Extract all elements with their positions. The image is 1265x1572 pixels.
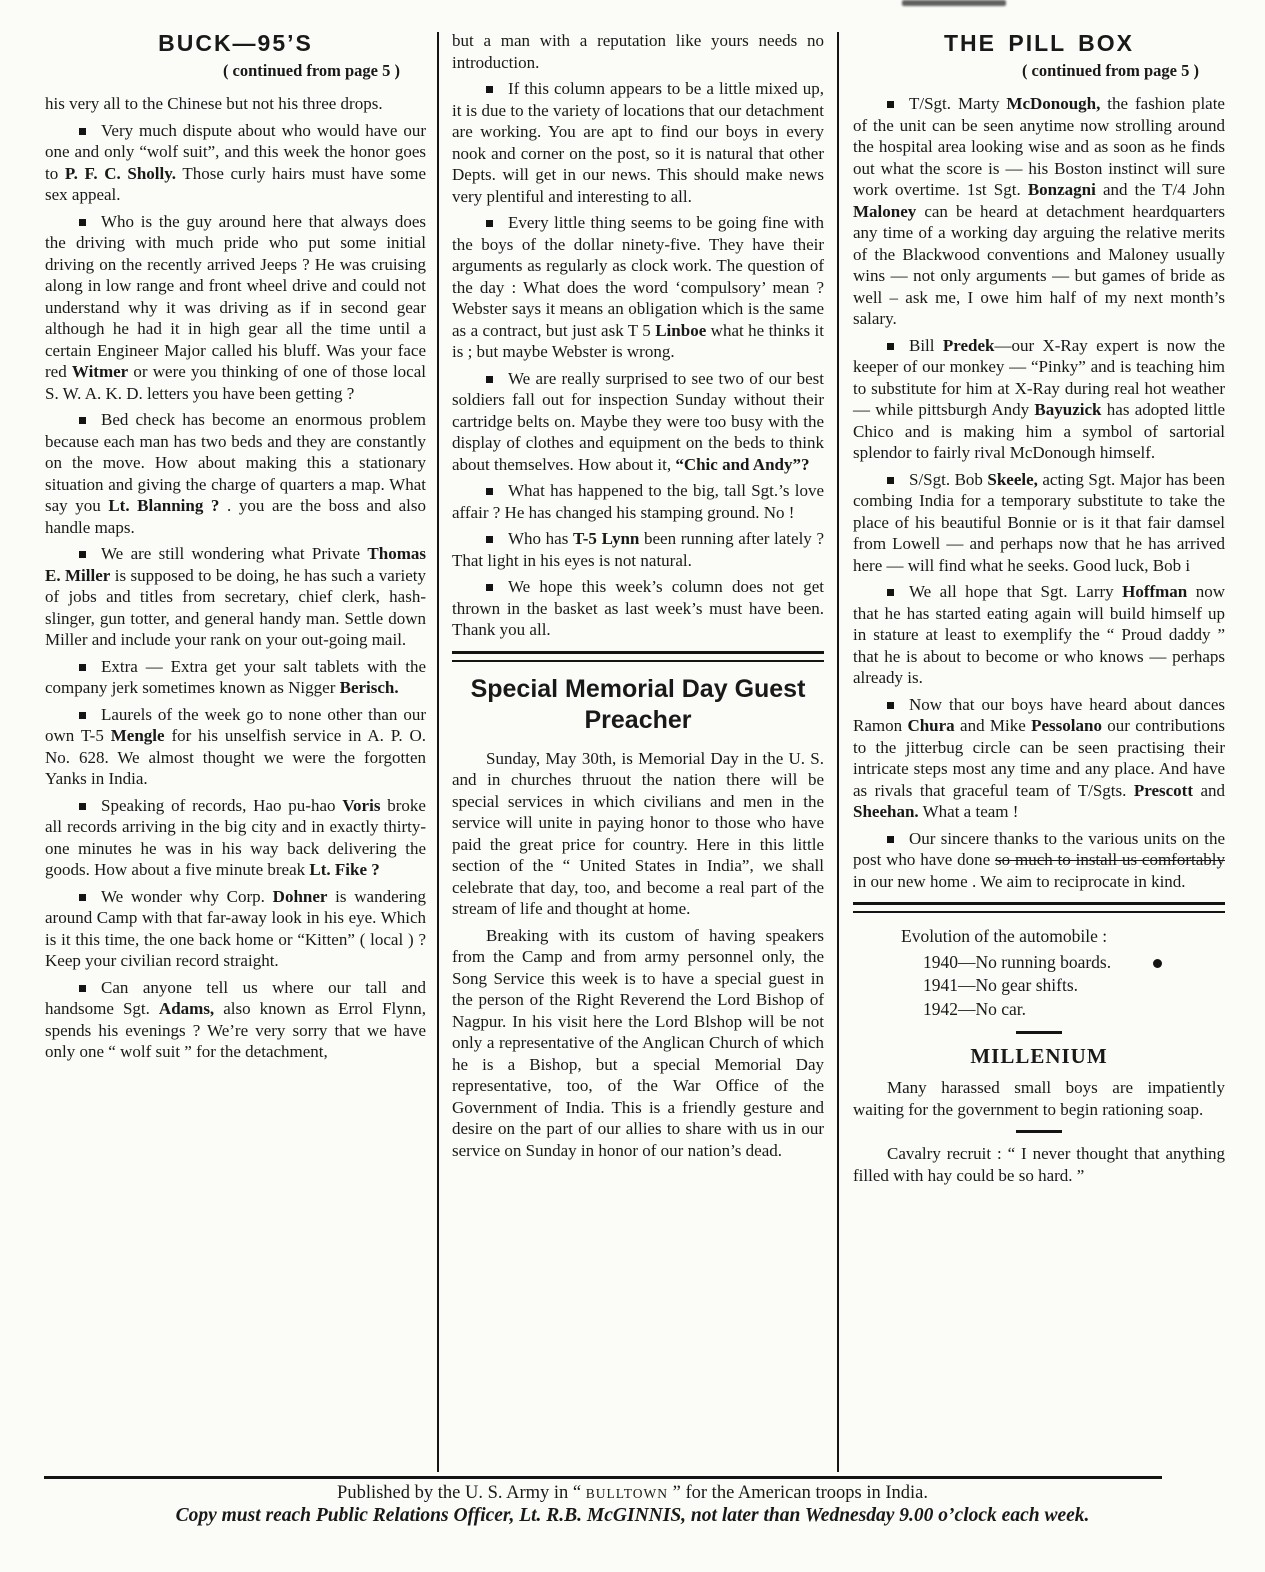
article-heading: Special Memorial Day Guest Preacher [456,674,820,736]
text-segment: but a man with a reputation like yours n… [452,31,824,72]
text-segment: Breaking with its custom of having speak… [452,926,824,1160]
article-paragraph: Very much dispute about who would have o… [45,120,426,206]
article-paragraph: his very all to the Chinese but not his … [45,93,426,115]
text-segment: Linboe [655,321,706,340]
article-paragraph: We wonder why Corp. Dohner is wandering … [45,886,426,972]
printers-dot-icon [1153,959,1162,968]
text-segment: What has happened to the big, tall Sgt.’… [452,481,824,522]
text-segment: We all hope that Sgt. Larry [909,582,1122,601]
text-segment: We wonder why Corp. [101,887,273,906]
bullet-square-icon [887,589,894,596]
text-segment: S/Sgt. Bob [909,470,987,489]
separator-rule [1016,1130,1062,1133]
text-segment: Bayuzick [1034,400,1101,419]
article-paragraph: We are really surprised to see two of ou… [452,368,824,476]
text-segment: Mengle [111,726,165,745]
text-segment: Cavalry recruit : “ I never thought that… [853,1144,1225,1185]
article-paragraph: Every little thing seems to be going fin… [452,212,824,363]
text-segment: Sunday, May 30th, is Memorial Day in the… [452,749,824,919]
text-segment: Who is the guy around here that always d… [45,212,426,382]
section-double-rule [452,651,824,662]
article-paragraph: Many harassed small boys are impatiently… [853,1077,1225,1120]
text-segment: Dohner [273,887,328,906]
article-paragraph: Breaking with its custom of having speak… [452,925,824,1162]
article-paragraph: but a man with a reputation like yours n… [452,30,824,73]
bullet-square-icon [486,376,493,383]
article-paragraph: We are still wondering what Private Thom… [45,543,426,651]
bullet-square-icon [79,417,86,424]
text-segment: Who has [508,529,573,548]
column-divider-rule [837,32,839,1472]
evolution-item: 1942—No car. [923,998,1225,1022]
text-segment: We are still wondering what Private [101,544,367,563]
text-segment: “Chic and Andy”? [675,455,809,474]
article-paragraph: Bed check has become an enormous problem… [45,409,426,538]
text-segment: Speaking of records, Hao pu-hao [101,796,342,815]
text-segment: What a team ! [919,802,1019,821]
bullet-square-icon [79,128,86,135]
column-title: THE PILL BOX [853,30,1225,57]
column-divider-rule [437,32,439,1472]
text-segment: Lt. Blanning ? [108,496,219,515]
evolution-joke: Evolution of the automobile :1940—No run… [901,925,1225,1021]
text-segment: We hope this week’s column does not get … [452,577,824,639]
article-paragraph: Now that our boys have heard about dance… [853,694,1225,823]
text-segment: Maloney [853,202,916,221]
newspaper-page: BUCK—95’S( continued from page 5 )his ve… [0,0,1265,1572]
text-segment: Bill [909,336,943,355]
bullet-square-icon [79,712,86,719]
text-segment: Skeele, [987,470,1038,489]
text-segment: so much to install us comfortably [995,850,1225,869]
column-pill-box: THE PILL BOX( continued from page 5 )T/S… [853,30,1225,1191]
text-segment: Pessolano [1031,716,1102,735]
bullet-square-icon [79,985,86,992]
text-segment: Voris [342,796,380,815]
evolution-item: 1940—No running boards. [923,951,1225,975]
text-segment: T/Sgt. Marty [909,94,1006,113]
column-middle: but a man with a reputation like yours n… [452,30,824,1166]
text-segment: ” for the American troops in India. [668,1483,928,1503]
bullet-square-icon [887,477,894,484]
article-paragraph: Can anyone tell us where our tall and ha… [45,977,426,1063]
article-paragraph: Who is the guy around here that always d… [45,211,426,405]
article-paragraph: Laurels of the week go to none other tha… [45,704,426,790]
article-paragraph: Who has T-5 Lynn been running after late… [452,528,824,571]
continued-from-note: ( continued from page 5 ) [45,61,426,81]
footer-rule [44,1476,1162,1479]
column-buck-95s: BUCK—95’S( continued from page 5 )his ve… [45,30,426,1068]
article-paragraph: T/Sgt. Marty McDonough, the fashion plat… [853,93,1225,330]
article-paragraph: Extra — Extra get your salt tablets with… [45,656,426,699]
text-segment: Prescott [1134,781,1193,800]
text-segment: T-5 Lynn [573,529,639,548]
separator-rule [1016,1031,1062,1034]
bullet-square-icon [79,219,86,226]
text-segment: his very all to the Chinese but not his … [45,94,383,113]
bullet-square-icon [486,488,493,495]
article-paragraph: S/Sgt. Bob Skeele, acting Sgt. Major has… [853,469,1225,577]
evolution-intro: Evolution of the automobile : [901,925,1225,949]
bullet-square-icon [486,220,493,227]
text-segment: Published by the U. S. Army in “ [337,1483,586,1503]
text-segment: Adams, [159,999,214,1018]
bullet-square-icon [887,343,894,350]
footer-publisher-line: Published by the U. S. Army in “ BULLTOW… [0,1483,1265,1504]
evolution-item: 1941—No gear shifts. [923,974,1225,998]
footer-deadline-line: Copy must reach Public Relations Officer… [0,1505,1265,1527]
article-paragraph: Speaking of records, Hao pu-hao Voris br… [45,795,426,881]
text-segment: Many harassed small boys are impatiently… [853,1078,1225,1119]
text-segment: in our new home . We aim to reciprocate … [853,872,1186,891]
bullet-square-icon [887,101,894,108]
text-segment: Berisch. [340,678,399,697]
article-paragraph: Bill Predek—our X-Ray expert is now the … [853,335,1225,464]
bullet-square-icon [887,702,894,709]
bullet-square-icon [79,664,86,671]
article-heading: MILLENIUM [853,1044,1225,1069]
article-paragraph: Our sincere thanks to the various units … [853,828,1225,893]
text-segment: McDonough, [1006,94,1100,113]
continued-from-note: ( continued from page 5 ) [853,61,1225,81]
scan-artifact-smudge [902,0,1006,6]
bullet-square-icon [887,836,894,843]
bullet-square-icon [486,584,493,591]
text-segment: P. F. C. Sholly. [65,164,176,183]
bullet-square-icon [486,536,493,543]
bullet-square-icon [486,86,493,93]
text-segment: Predek [943,336,995,355]
text-segment: and [1193,781,1225,800]
text-segment: Witmer [72,362,128,381]
text-segment: Chura [907,716,954,735]
text-segment: Lt. Fike ? [309,860,379,879]
text-segment: Sheehan. [853,802,919,821]
article-paragraph: What has happened to the big, tall Sgt.’… [452,480,824,523]
article-paragraph: Sunday, May 30th, is Memorial Day in the… [452,748,824,920]
text-segment: If this column appears to be a little mi… [452,79,824,206]
text-segment: BULLTOWN [586,1486,668,1501]
text-segment: and the T/4 John [1096,180,1225,199]
text-segment: Hoffman [1122,582,1187,601]
article-paragraph: We all hope that Sgt. Larry Hoffman now … [853,581,1225,689]
text-segment: Bonzagni [1028,180,1096,199]
article-paragraph: We hope this week’s column does not get … [452,576,824,641]
bullet-square-icon [79,551,86,558]
bullet-square-icon [79,803,86,810]
text-segment: and Mike [955,716,1031,735]
section-double-rule [853,902,1225,913]
bullet-square-icon [79,894,86,901]
article-paragraph: Cavalry recruit : “ I never thought that… [853,1143,1225,1186]
column-title: BUCK—95’S [45,30,426,57]
article-paragraph: If this column appears to be a little mi… [452,78,824,207]
